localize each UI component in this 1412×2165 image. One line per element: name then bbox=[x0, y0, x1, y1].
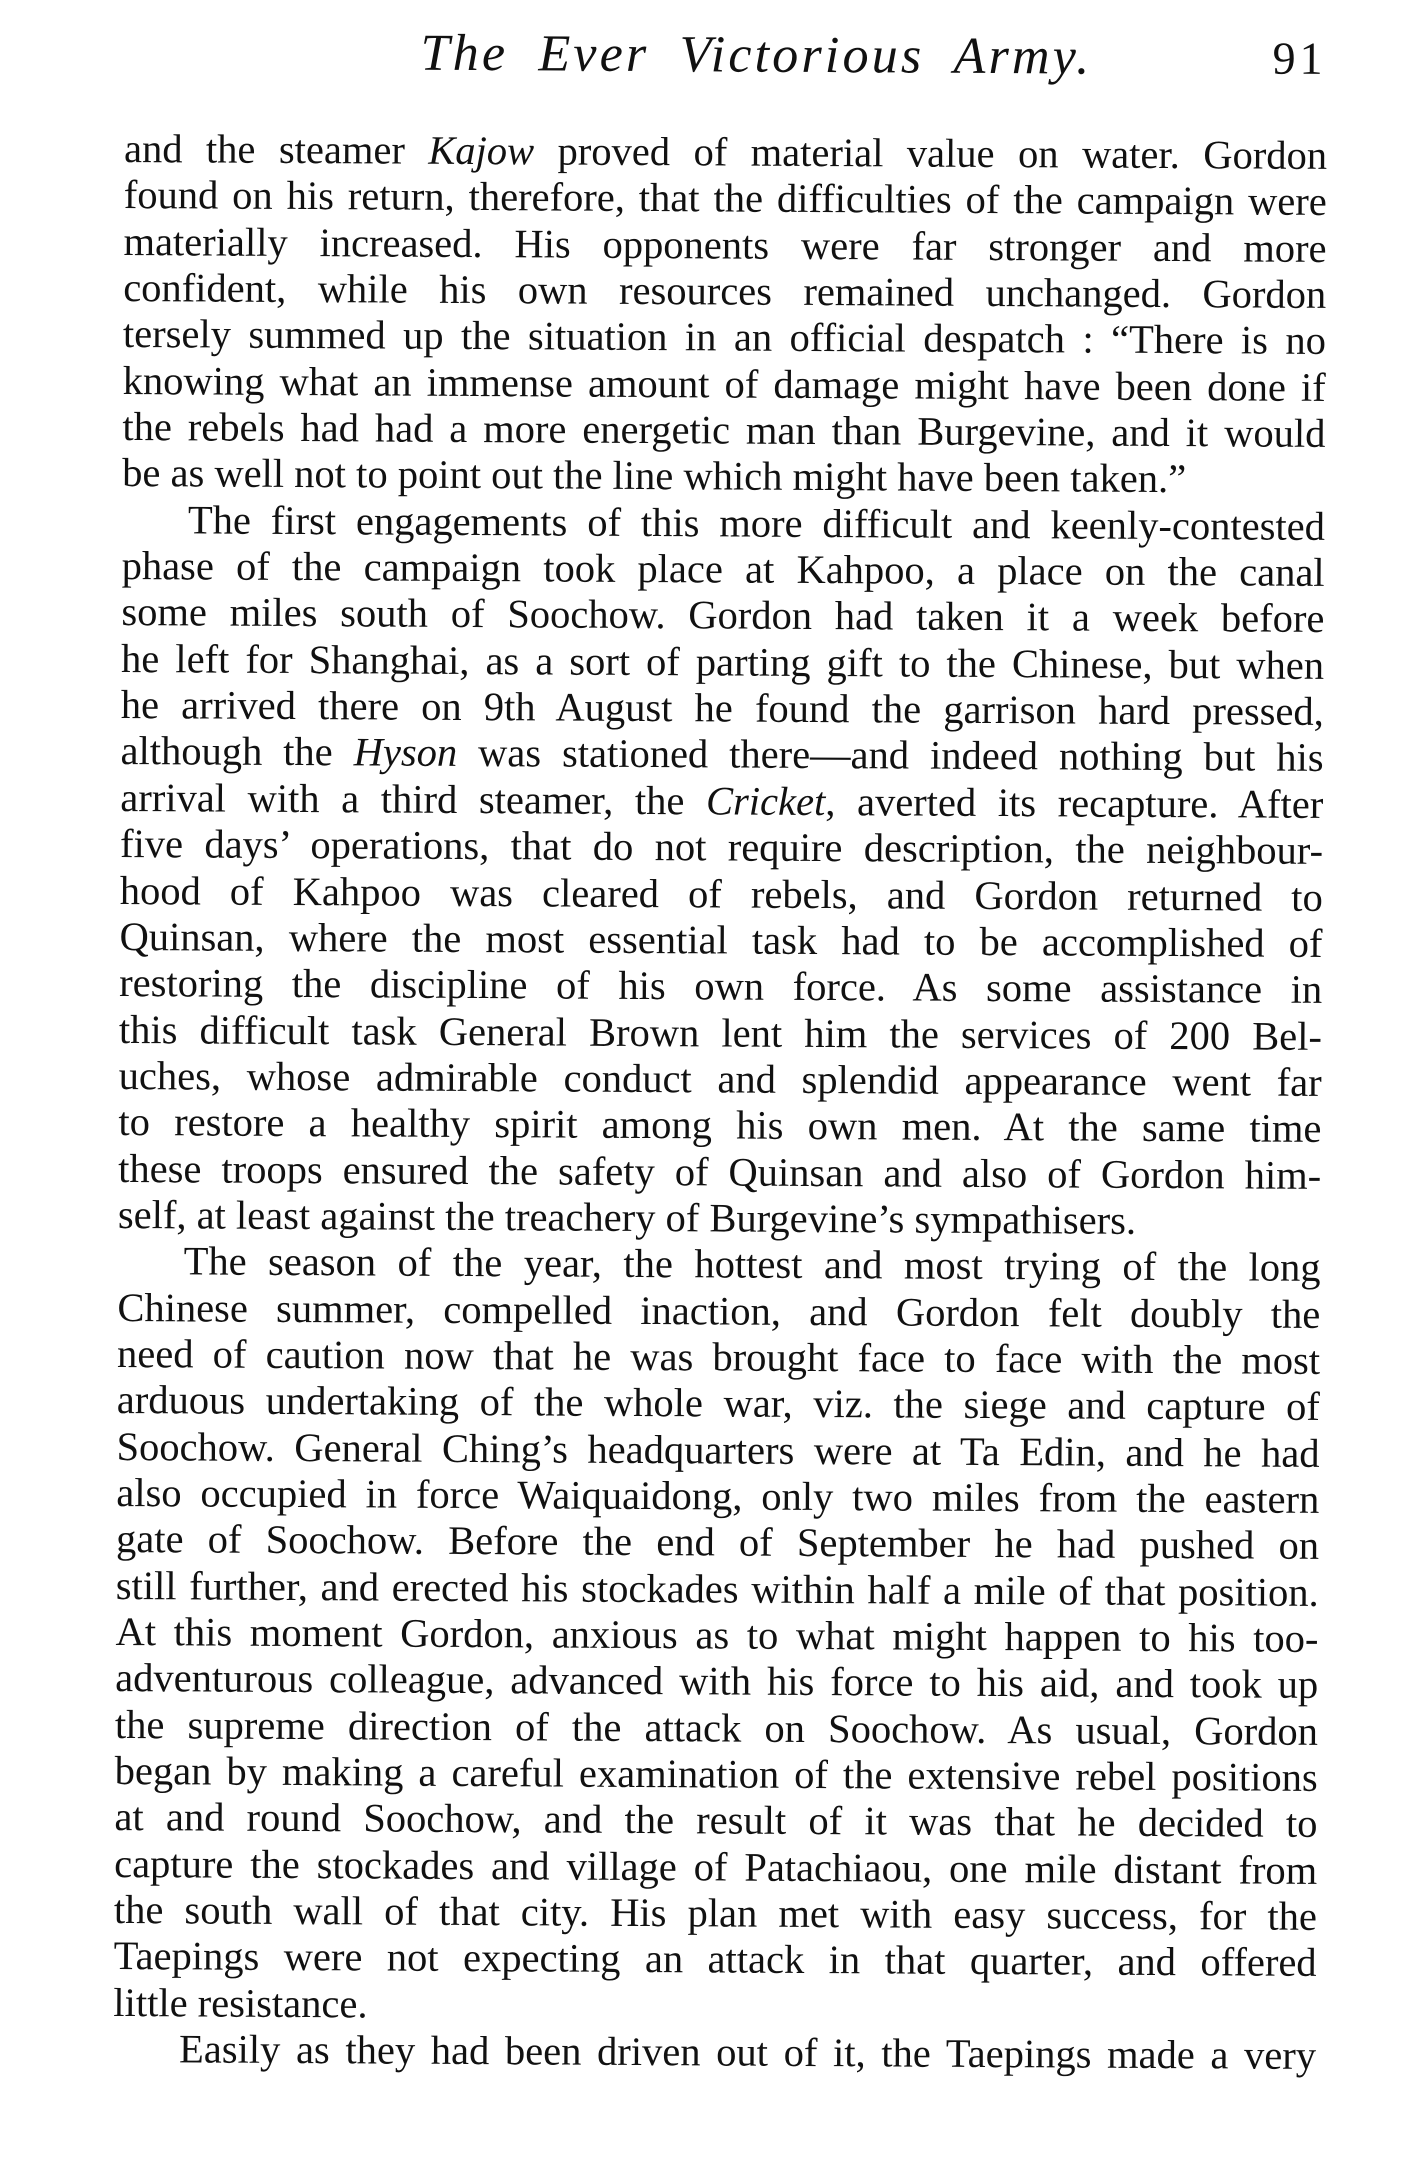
text-run: need of caution now that he was brought … bbox=[117, 1331, 1320, 1383]
text-run: arrival with a third steamer, the bbox=[120, 775, 706, 823]
text-line: and the steamer Kajow proved of material… bbox=[124, 126, 1327, 179]
text-line: Quinsan, where the most essential task h… bbox=[119, 914, 1322, 967]
text-run: Quinsan, where the most essential task h… bbox=[119, 914, 1322, 966]
text-line: some miles south of Soochow. Gordon had … bbox=[121, 589, 1324, 642]
text-run: Soochow. General Ching’s headquarters we… bbox=[116, 1424, 1319, 1476]
text-run: uches, whose admirable conduct and splen… bbox=[119, 1053, 1322, 1105]
text-run: gate of Soochow. Before the end of Septe… bbox=[116, 1516, 1319, 1568]
text-run: this difficult task General Brown lent h… bbox=[119, 1007, 1322, 1059]
text-line: also occupied in force Waiquaidong, only… bbox=[116, 1470, 1319, 1523]
text-run: Taepings were not expecting an attack in… bbox=[114, 1933, 1317, 1985]
text-line: restoring the discipline of his own forc… bbox=[119, 960, 1322, 1013]
text-run: the supreme direction of the attack on S… bbox=[115, 1702, 1318, 1754]
text-run: hood of Kahpoo was cleared of rebels, an… bbox=[120, 867, 1323, 919]
text-line: Chinese summer, compelled inaction, and … bbox=[117, 1285, 1320, 1338]
text-line: arduous undertaking of the whole war, vi… bbox=[117, 1377, 1320, 1430]
text-line: gate of Soochow. Before the end of Septe… bbox=[116, 1516, 1319, 1569]
text-line: little resistance. bbox=[113, 1980, 1316, 2033]
text-run: , averted its recapture. After bbox=[825, 779, 1323, 827]
text-run: arduous undertaking of the whole war, vi… bbox=[117, 1377, 1320, 1429]
paragraph: Easily as they had been driven out of it… bbox=[113, 2026, 1316, 2079]
text-run: also occupied in force Waiquaidong, only… bbox=[116, 1470, 1319, 1522]
text-run: proved of material value on water. Gordo… bbox=[534, 128, 1327, 178]
text-run: and the steamer bbox=[124, 126, 429, 173]
text-line: tersely summed up the situation in an of… bbox=[123, 311, 1326, 364]
text-run: although the bbox=[120, 728, 353, 774]
running-head-title: The Ever Victorious Army. bbox=[420, 22, 1040, 90]
text-run: Chinese summer, compelled inaction, and … bbox=[117, 1285, 1320, 1337]
text-run: materially increased. His opponents were… bbox=[123, 219, 1326, 271]
text-run: The season of the year, the hottest and … bbox=[184, 1239, 1321, 1291]
text-run: found on his return, therefore, that the… bbox=[124, 172, 1327, 224]
text-line: The season of the year, the hottest and … bbox=[118, 1238, 1321, 1291]
text-line: phase of the campaign took place at Kahp… bbox=[122, 543, 1325, 596]
text-run: five days’ operations, that do not requi… bbox=[120, 821, 1323, 873]
text-line: five days’ operations, that do not requi… bbox=[120, 821, 1323, 874]
text-run: knowing what an immense amount of damage… bbox=[123, 358, 1326, 410]
text-line: he left for Shanghai, as a sort of parti… bbox=[121, 636, 1324, 689]
text-line: be as well not to point out the line whi… bbox=[122, 450, 1325, 503]
text-line: confident, while his own resources remai… bbox=[123, 265, 1326, 318]
text-line: the supreme direction of the attack on S… bbox=[115, 1702, 1318, 1755]
text-run: he left for Shanghai, as a sort of parti… bbox=[121, 636, 1324, 688]
text-line: found on his return, therefore, that the… bbox=[124, 172, 1327, 225]
text-run: still further, and erected his stockades… bbox=[116, 1563, 1319, 1615]
text-run: adventurous colleague, advanced with his… bbox=[115, 1655, 1318, 1707]
text-run: to restore a healthy spirit among his ow… bbox=[118, 1099, 1321, 1151]
text-line: the rebels had had a more energetic man … bbox=[122, 404, 1325, 457]
text-run: was stationed there—and indeed nothing b… bbox=[457, 730, 1324, 780]
italic-ship-name: Hyson bbox=[354, 730, 458, 776]
text-line: adventurous colleague, advanced with his… bbox=[115, 1655, 1318, 1708]
text-run: tersely summed up the situation in an of… bbox=[123, 311, 1326, 363]
page-number: 91 bbox=[1272, 27, 1332, 91]
text-line: although the Hyson was stationed there—a… bbox=[120, 728, 1323, 781]
text-run: the rebels had had a more energetic man … bbox=[122, 404, 1325, 456]
text-run: confident, while his own resources remai… bbox=[123, 265, 1326, 317]
book-page: The Ever Victorious Army. 91 and the ste… bbox=[0, 0, 1412, 2165]
text-line: these troops ensured the safety of Quins… bbox=[118, 1146, 1321, 1199]
text-run: some miles south of Soochow. Gordon had … bbox=[121, 589, 1324, 641]
text-run: he arrived there on 9th August he found … bbox=[121, 682, 1324, 734]
text-line: capture the stockades and village of Pat… bbox=[114, 1841, 1317, 1894]
text-run: began by making a careful examination of… bbox=[115, 1748, 1318, 1800]
text-run: restoring the discipline of his own forc… bbox=[119, 960, 1322, 1012]
text-line: hood of Kahpoo was cleared of rebels, an… bbox=[120, 867, 1323, 920]
paragraph: The first engagements of this more diffi… bbox=[118, 497, 1325, 1245]
text-line: self, at least against the treachery of … bbox=[118, 1192, 1321, 1245]
text-line: The first engagements of this more diffi… bbox=[122, 497, 1325, 550]
body-text: and the steamer Kajow proved of material… bbox=[113, 126, 1327, 2079]
text-line: to restore a healthy spirit among his ow… bbox=[118, 1099, 1321, 1152]
text-line: began by making a careful examination of… bbox=[115, 1748, 1318, 1801]
text-line: Soochow. General Ching’s headquarters we… bbox=[116, 1424, 1319, 1477]
text-line: arrival with a third steamer, the Cricke… bbox=[120, 775, 1323, 828]
text-run: be as well not to point out the line whi… bbox=[122, 450, 1186, 501]
paragraph: and the steamer Kajow proved of material… bbox=[122, 126, 1327, 504]
italic-ship-name: Cricket bbox=[706, 778, 825, 824]
text-run: the south wall of that city. His plan me… bbox=[114, 1887, 1317, 1939]
text-line: this difficult task General Brown lent h… bbox=[119, 1007, 1322, 1060]
text-run: little resistance. bbox=[113, 1980, 367, 2026]
text-line: the south wall of that city. His plan me… bbox=[114, 1887, 1317, 1940]
text-line: still further, and erected his stockades… bbox=[116, 1563, 1319, 1616]
text-line: Taepings were not expecting an attack in… bbox=[114, 1933, 1317, 1986]
text-run: phase of the campaign took place at Kahp… bbox=[122, 543, 1325, 595]
text-line: At this moment Gordon, anxious as to wha… bbox=[115, 1609, 1318, 1662]
text-run: The first engagements of this more diffi… bbox=[188, 497, 1325, 549]
text-run: self, at least against the treachery of … bbox=[118, 1192, 1136, 1243]
text-line: knowing what an immense amount of damage… bbox=[123, 358, 1326, 411]
text-line: at and round Soochow, and the result of … bbox=[114, 1794, 1317, 1847]
text-line: he arrived there on 9th August he found … bbox=[121, 682, 1324, 735]
text-line: Easily as they had been driven out of it… bbox=[113, 2026, 1316, 2079]
paragraph: The season of the year, the hottest and … bbox=[113, 1238, 1321, 2033]
text-run: capture the stockades and village of Pat… bbox=[114, 1841, 1317, 1893]
text-line: need of caution now that he was brought … bbox=[117, 1331, 1320, 1384]
text-run: Easily as they had been driven out of it… bbox=[179, 2026, 1316, 2078]
text-line: uches, whose admirable conduct and splen… bbox=[119, 1053, 1322, 1106]
text-line: materially increased. His opponents were… bbox=[123, 219, 1326, 272]
italic-ship-name: Kajow bbox=[428, 128, 534, 174]
text-run: At this moment Gordon, anxious as to wha… bbox=[115, 1609, 1318, 1661]
text-run: at and round Soochow, and the result of … bbox=[114, 1794, 1317, 1846]
text-run: these troops ensured the safety of Quins… bbox=[118, 1146, 1321, 1198]
